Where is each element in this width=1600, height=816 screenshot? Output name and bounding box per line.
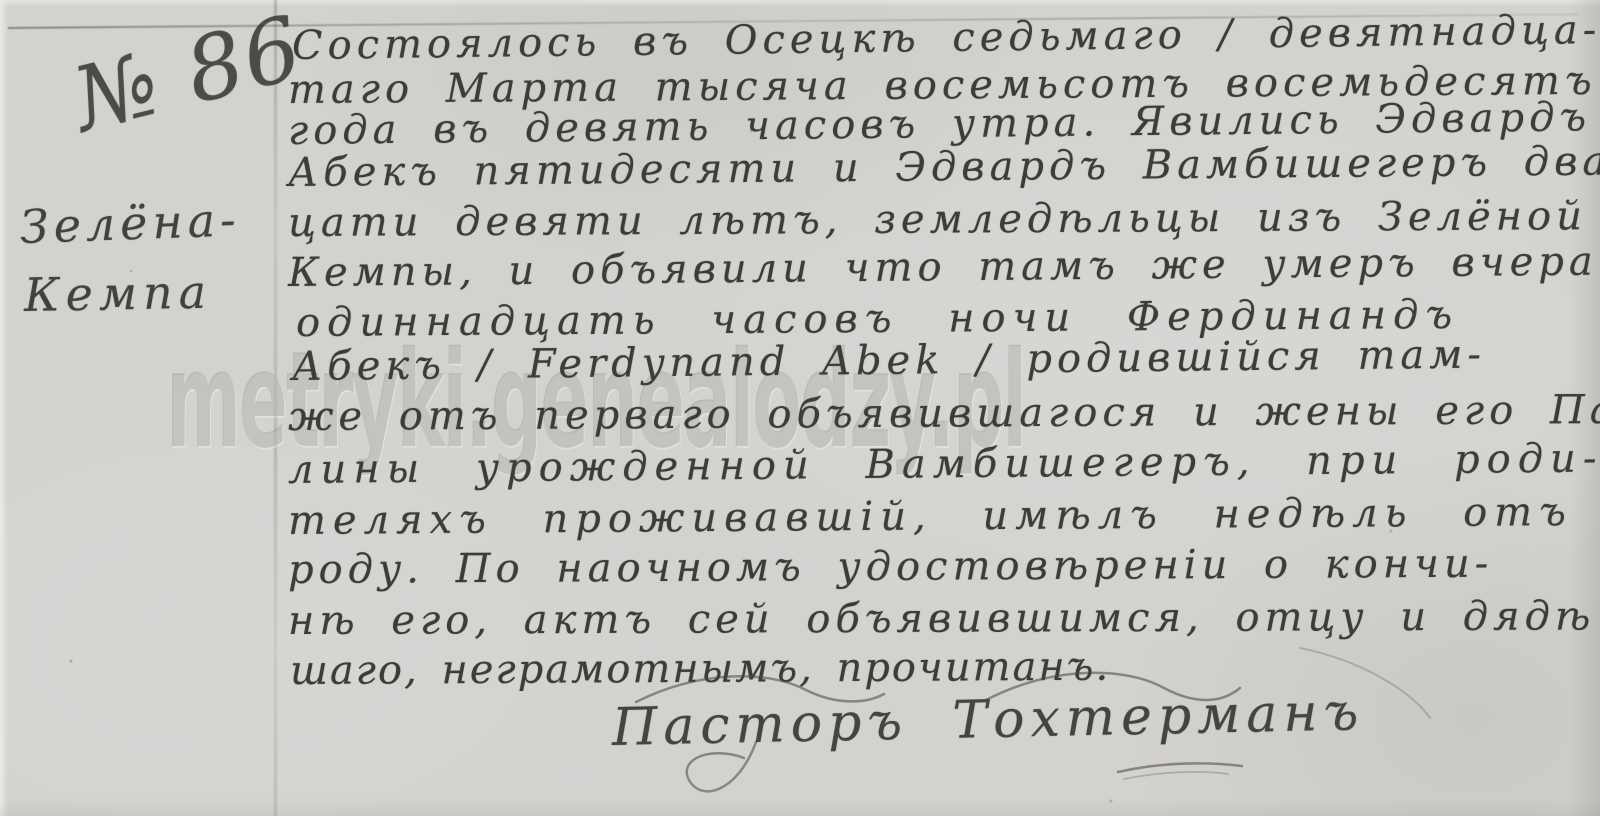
record-line: Состоялось въ Осецкѣ седьмаго / девятнад…: [292, 10, 1600, 66]
record-line: цати девяти лѣтъ, земледѣльцы изъ Зелёно…: [288, 196, 1587, 243]
record-line: лины урожденной Вамбишегеръ, при роди-: [288, 439, 1600, 490]
record-line: шаго, неграмотнымъ, прочитанъ.: [290, 647, 1110, 691]
place-name-line-2: Кемпа: [24, 265, 213, 322]
record-line: Абекъ / Ferdynand Abek / родившійся там-: [292, 334, 1486, 387]
page-edge-left: [0, 0, 8, 816]
record-line: Абекъ пятидесяти и Эдвардъ Вамбишегеръ д…: [288, 141, 1600, 193]
page-edge-bottom: [0, 798, 1600, 816]
record-line: нѣ его, актъ сей объявившимся, отцу и дя…: [288, 596, 1600, 641]
document-scan: metryki.genealodzy.pl № 86 Зелёна- Кемпа…: [0, 0, 1600, 816]
page-edge-top: [0, 0, 1600, 7]
record-line: роду. По наочномъ удостовѣреніи о кончи-: [288, 544, 1493, 590]
record-line: же отъ перваго объявившагося и жены его …: [288, 390, 1600, 437]
record-line: Кемпы, и объявили что тамъ же умеръ вчер…: [288, 241, 1600, 293]
record-line: теляхъ проживавшій, имѣлъ недѣль отъ: [288, 492, 1573, 541]
place-name-line-1: Зелёна-: [19, 192, 241, 254]
pastor-signature: Пасторъ Тохтерманъ: [611, 682, 1364, 758]
